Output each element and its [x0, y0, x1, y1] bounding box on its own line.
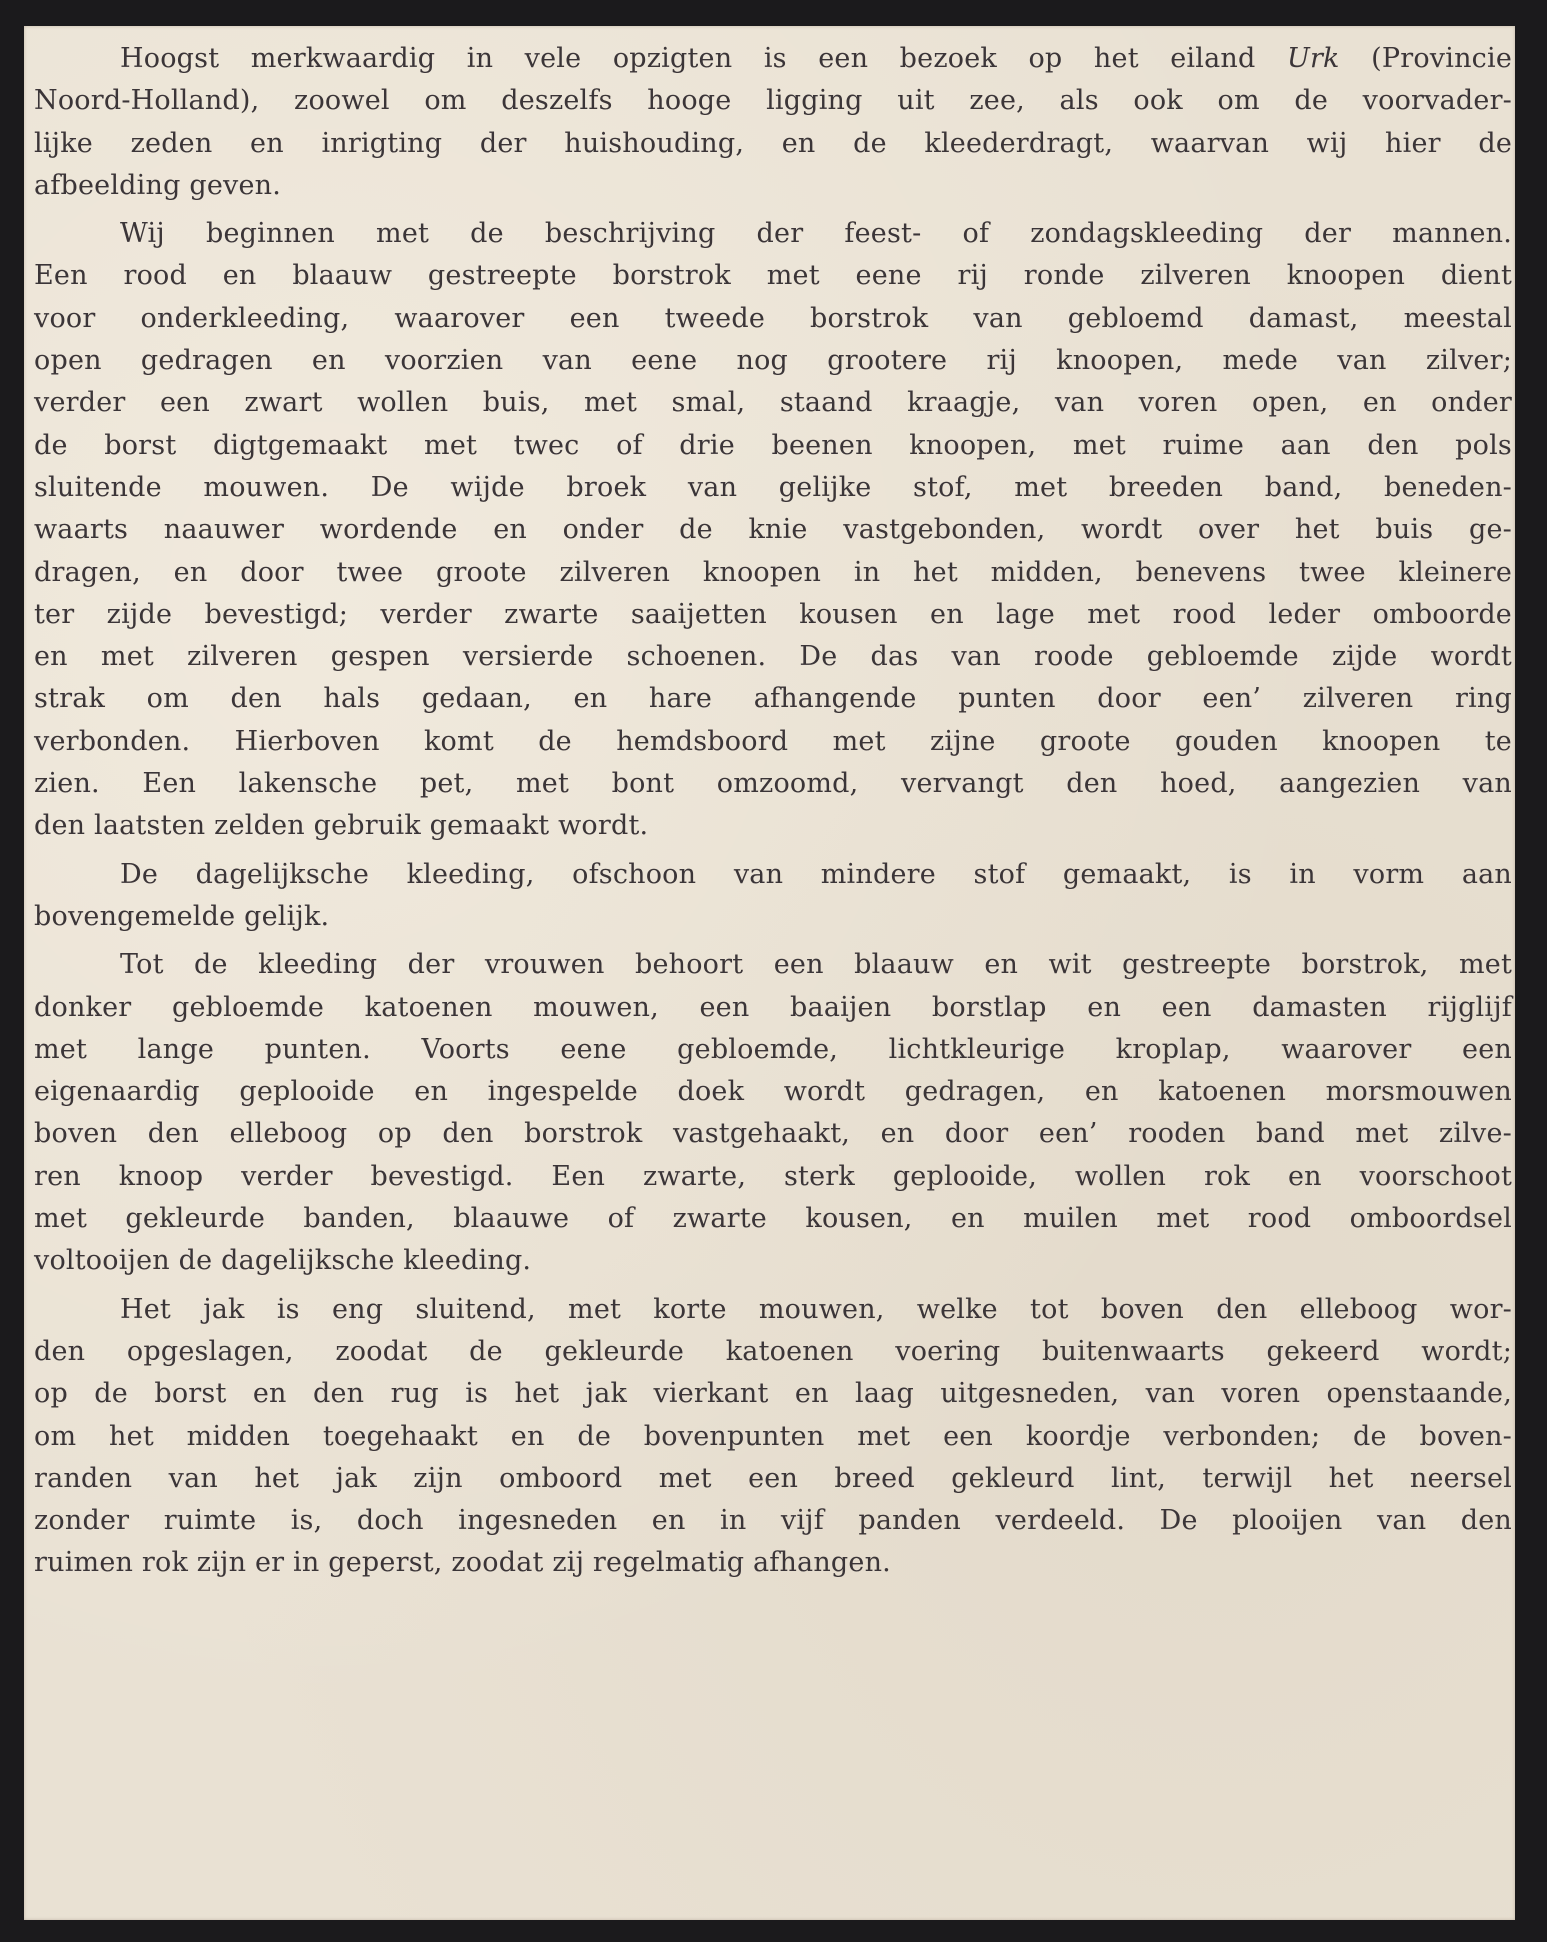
text-line: om het midden toegehaakt en de bovenpunt… [34, 1416, 1512, 1458]
text-line: ren knoop verder bevestigd. Een zwarte, … [34, 1156, 1512, 1198]
text-line: Tot de kleeding der vrouwen behoort een … [34, 944, 1512, 986]
text-line: strak om den hals gedaan, en hare afhang… [34, 678, 1512, 720]
article-body: Hoogst merkwaardig in vele opzigten is e… [34, 38, 1512, 1585]
paragraph-1: Hoogst merkwaardig in vele opzigten is e… [34, 38, 1512, 207]
text-line: Noord-Holland), zoowel om deszelfs hooge… [34, 80, 1512, 122]
text-line: zonder ruimte is, doch ingesneden en in … [34, 1500, 1512, 1542]
text-line: Wij beginnen met de beschrijving der fee… [34, 213, 1512, 255]
text-line: en met zilveren gespen versierde schoene… [34, 636, 1512, 678]
place-name-urk: Urk [1287, 43, 1340, 74]
text-line: den opgeslagen, zoodat de gekleurde kato… [34, 1331, 1512, 1373]
text-line: waarts naauwer wordende en onder de knie… [34, 509, 1512, 551]
text-line: de borst digtgemaakt met twec of drie be… [34, 425, 1512, 467]
text-line: lijke zeden en inrigting der huishouding… [34, 123, 1512, 165]
text-line: De dagelijksche kleeding, ofschoon van m… [34, 854, 1512, 896]
text-line: ter zijde bevestigd; verder zwarte saaij… [34, 594, 1512, 636]
text-line: met lange punten. Voorts eene gebloemde,… [34, 1029, 1512, 1071]
text-line: Hoogst merkwaardig in vele opzigten is e… [34, 38, 1512, 80]
paragraph-2: Wij beginnen met de beschrijving der fee… [34, 213, 1512, 847]
text-line: afbeelding geven. [34, 165, 1512, 207]
text-line: dragen, en door twee groote zilveren kno… [34, 552, 1512, 594]
text-line: verder een zwart wollen buis, met smal, … [34, 382, 1512, 424]
text-line: Een rood en blaauw gestreepte borstrok m… [34, 255, 1512, 297]
text-line: bovengemelde gelijk. [34, 896, 1512, 938]
text-line: Het jak is eng sluitend, met korte mouwe… [34, 1289, 1512, 1331]
text-line: sluitende mouwen. De wijde broek van gel… [34, 467, 1512, 509]
text-line: zien. Een lakensche pet, met bont omzoom… [34, 763, 1512, 805]
paragraph-4: Tot de kleeding der vrouwen behoort een … [34, 944, 1512, 1282]
text-line: randen van het jak zijn omboord met een … [34, 1458, 1512, 1500]
text-line: boven den elleboog op den borstrok vastg… [34, 1113, 1512, 1155]
text-line: voor onderkleeding, waarover een tweede … [34, 298, 1512, 340]
text-line: verbonden. Hierboven komt de hemdsboord … [34, 721, 1512, 763]
text-line: voltooijen de dagelijksche kleeding. [34, 1240, 1512, 1282]
text-line: den laatsten zelden gebruik gemaakt word… [34, 805, 1512, 847]
text-line: op de borst en den rug is het jak vierka… [34, 1373, 1512, 1415]
text-line: open gedragen en voorzien van eene nog g… [34, 340, 1512, 382]
paragraph-3: De dagelijksche kleeding, ofschoon van m… [34, 854, 1512, 939]
text-line: met gekleurde banden, blaauwe of zwarte … [34, 1198, 1512, 1240]
text-line: donker gebloemde katoenen mouwen, een ba… [34, 987, 1512, 1029]
text-line: ruimen rok zijn er in geperst, zoodat zi… [34, 1542, 1512, 1584]
newspaper-clipping: Hoogst merkwaardig in vele opzigten is e… [24, 26, 1515, 1920]
text-line: eigenaardig geplooide en ingespelde doek… [34, 1071, 1512, 1113]
paragraph-5: Het jak is eng sluitend, met korte mouwe… [34, 1289, 1512, 1585]
